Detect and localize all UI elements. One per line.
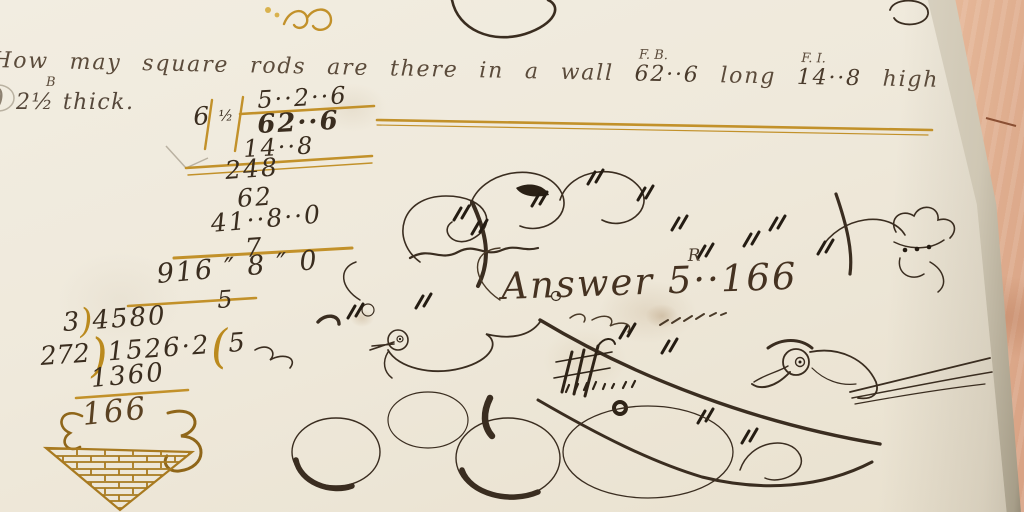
height-value: 14··8	[797, 65, 862, 91]
length-word: long	[720, 63, 776, 89]
wood-scratch	[986, 118, 1016, 126]
cutoff-bracket: )	[0, 86, 4, 112]
divider-left: 6	[193, 103, 210, 129]
height-unit-superscript: F. I.	[801, 52, 826, 66]
answer-text: Answer 5··166	[501, 258, 798, 305]
div2-divisor: 272	[39, 339, 91, 372]
height-word: high	[882, 67, 939, 93]
wall-length: F. B. 62··6	[634, 63, 699, 86]
bird-flourish-right	[752, 341, 992, 405]
work-partial1: 248	[224, 154, 279, 183]
divider-fraction: ½	[218, 108, 233, 124]
length-value: 62··6	[634, 61, 699, 87]
wall-height: F. I. 14··8	[797, 67, 862, 90]
work-times: 5	[216, 287, 233, 312]
feather-tick-marks	[348, 170, 833, 443]
length-unit-superscript: F. B.	[639, 49, 668, 63]
div2-quotient: 5	[227, 328, 246, 359]
div2-gold-close-paren: (	[209, 319, 231, 374]
thickness-text: 2½ thick.	[16, 92, 135, 114]
work-subtrahend: 1360	[90, 360, 166, 392]
bird-flourish-left	[370, 322, 540, 378]
work-remainder: 166	[81, 393, 149, 431]
bottom-loop-flourishes	[255, 347, 801, 498]
brick-funnel-ornament	[46, 448, 192, 510]
thickness-superscript: B	[46, 76, 56, 89]
